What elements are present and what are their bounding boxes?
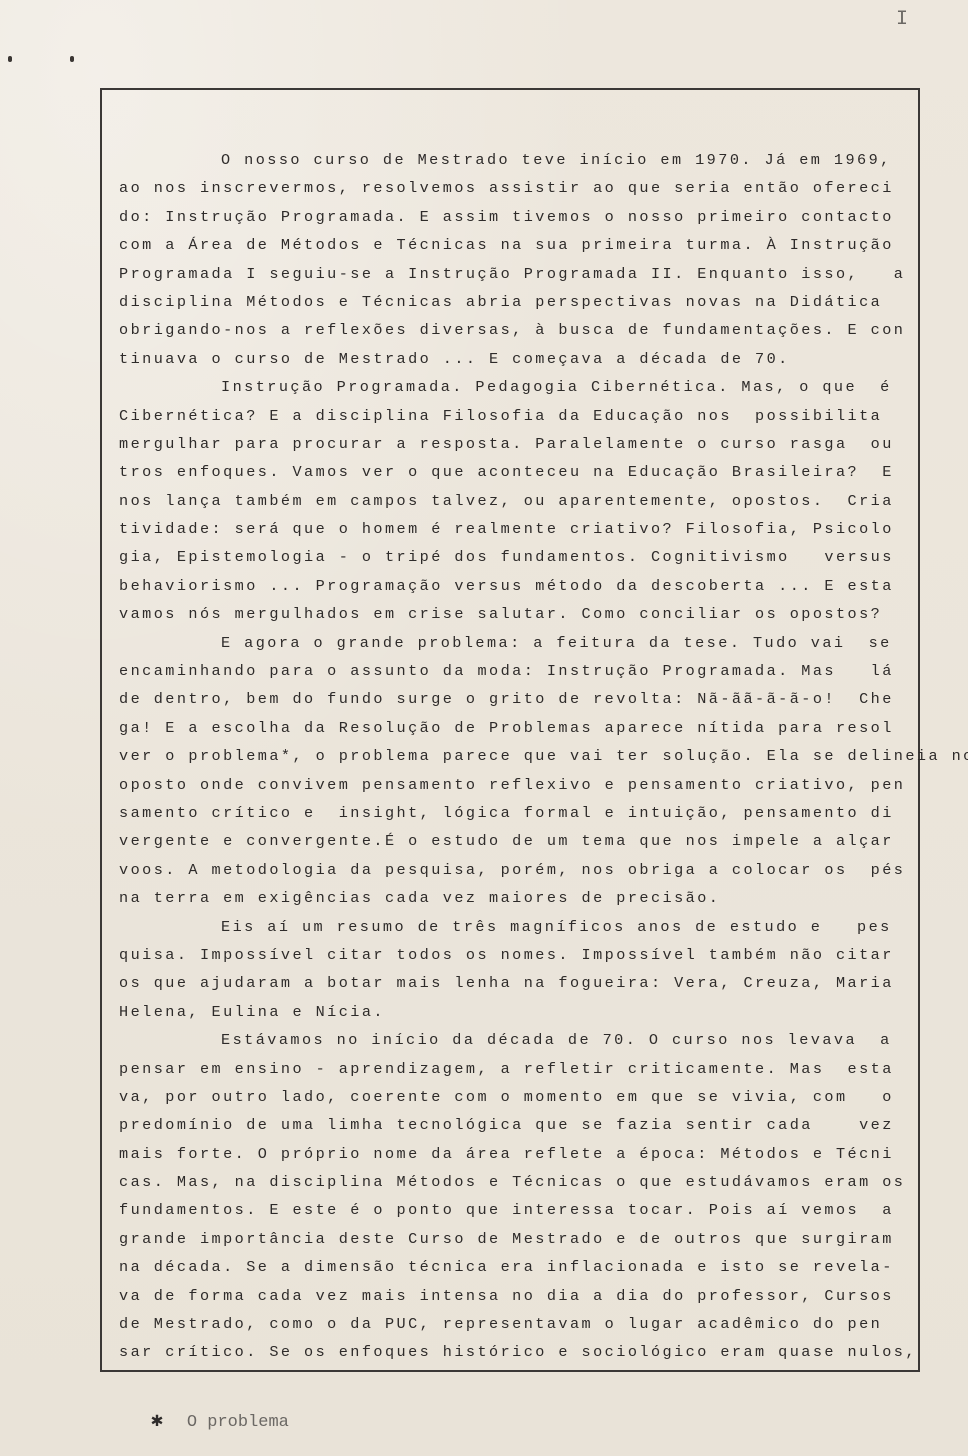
text-line: vamos nós mergulhados em crise salutar. … bbox=[119, 600, 899, 628]
footnote-text: O problema bbox=[187, 1413, 289, 1432]
text-line: oposto onde convivem pensamento reflexiv… bbox=[119, 771, 899, 799]
footnote: ✱O problema bbox=[110, 1388, 289, 1452]
punch-marks bbox=[8, 56, 78, 96]
text-line: obrigando-nos a reflexões diversas, à bu… bbox=[119, 316, 899, 344]
text-line: O nosso curso de Mestrado teve início em… bbox=[119, 146, 899, 174]
text-line: Programada I seguiu-se a Instrução Progr… bbox=[119, 260, 899, 288]
text-line: ga! E a escolha da Resolução de Problema… bbox=[119, 714, 899, 742]
paragraph-1: O nosso curso de Mestrado teve início em… bbox=[119, 146, 899, 373]
text-line: do: Instrução Programada. E assim tivemo… bbox=[119, 203, 899, 231]
text-line: mais forte. O próprio nome da área refle… bbox=[119, 1140, 899, 1168]
text-line: gia, Epistemologia - o tripé dos fundame… bbox=[119, 543, 899, 571]
text-line: fundamentos. E este é o ponto que intere… bbox=[119, 1196, 899, 1224]
text-line: de dentro, bem do fundo surge o grito de… bbox=[119, 685, 899, 713]
text-line: predomínio de uma limha tecnológica que … bbox=[119, 1111, 899, 1139]
asterisk-footnote-marker-icon: ✱ bbox=[151, 1410, 163, 1433]
text-line: mergulhar para procurar a resposta. Para… bbox=[119, 430, 899, 458]
text-line: os que ajudaram a botar mais lenha na fo… bbox=[119, 969, 899, 997]
text-line: tinuava o curso de Mestrado ... E começa… bbox=[119, 345, 899, 373]
text-line: va de forma cada vez mais intensa no dia… bbox=[119, 1282, 899, 1310]
text-line: behaviorismo ... Programação versus méto… bbox=[119, 572, 899, 600]
text-line: va, por outro lado, coerente com o momen… bbox=[119, 1083, 899, 1111]
text-line: Estávamos no início da década de 70. O c… bbox=[119, 1026, 899, 1054]
text-line: nos lança também em campos talvez, ou ap… bbox=[119, 487, 899, 515]
text-line: na década. Se a dimensão técnica era inf… bbox=[119, 1253, 899, 1281]
text-line: encaminhando para o assunto da moda: Ins… bbox=[119, 657, 899, 685]
text-line: Instrução Programada. Pedagogia Cibernét… bbox=[119, 373, 899, 401]
text-line: sar crítico. Se os enfoques histórico e … bbox=[119, 1338, 899, 1366]
text-line: ao nos inscrevermos, resolvemos assistir… bbox=[119, 174, 899, 202]
page-number: I bbox=[896, 8, 908, 31]
text-line: grande importância deste Curso de Mestra… bbox=[119, 1225, 899, 1253]
text-line: pensar em ensino - aprendizagem, a refle… bbox=[119, 1055, 899, 1083]
text-line: voos. A metodologia da pesquisa, porém, … bbox=[119, 856, 899, 884]
paragraph-5: Estávamos no início da década de 70. O c… bbox=[119, 1026, 899, 1367]
text-line: cas. Mas, na disciplina Métodos e Técnic… bbox=[119, 1168, 899, 1196]
document-body: O nosso curso de Mestrado teve início em… bbox=[119, 146, 899, 1367]
text-line: de Mestrado, como o da PUC, representava… bbox=[119, 1310, 899, 1338]
text-line: disciplina Métodos e Técnicas abria pers… bbox=[119, 288, 899, 316]
text-line: quisa. Impossível citar todos os nomes. … bbox=[119, 941, 899, 969]
text-line: Eis aí um resumo de três magníficos anos… bbox=[119, 913, 899, 941]
text-line: samento crítico e insight, lógica formal… bbox=[119, 799, 899, 827]
text-line: com a Área de Métodos e Técnicas na sua … bbox=[119, 231, 899, 259]
text-line: ver o problema*, o problema parece que v… bbox=[119, 742, 899, 770]
text-line: na terra em exigências cada vez maiores … bbox=[119, 884, 899, 912]
punch-mark bbox=[8, 56, 12, 62]
punch-mark bbox=[70, 56, 74, 62]
text-line: tividade: será que o homem é realmente c… bbox=[119, 515, 899, 543]
paragraph-3: E agora o grande problema: a feitura da … bbox=[119, 629, 899, 913]
text-line: vergente e convergente.É o estudo de um … bbox=[119, 827, 899, 855]
text-line: tros enfoques. Vamos ver o que aconteceu… bbox=[119, 458, 899, 486]
text-line: E agora o grande problema: a feitura da … bbox=[119, 629, 899, 657]
text-line: Helena, Eulina e Nícia. bbox=[119, 998, 899, 1026]
text-line: Cibernética? E a disciplina Filosofia da… bbox=[119, 402, 899, 430]
paragraph-2: Instrução Programada. Pedagogia Cibernét… bbox=[119, 373, 899, 629]
paragraph-4: Eis aí um resumo de três magníficos anos… bbox=[119, 913, 899, 1027]
paper-page: I O nosso curso de Mestrado teve início … bbox=[0, 0, 968, 1456]
